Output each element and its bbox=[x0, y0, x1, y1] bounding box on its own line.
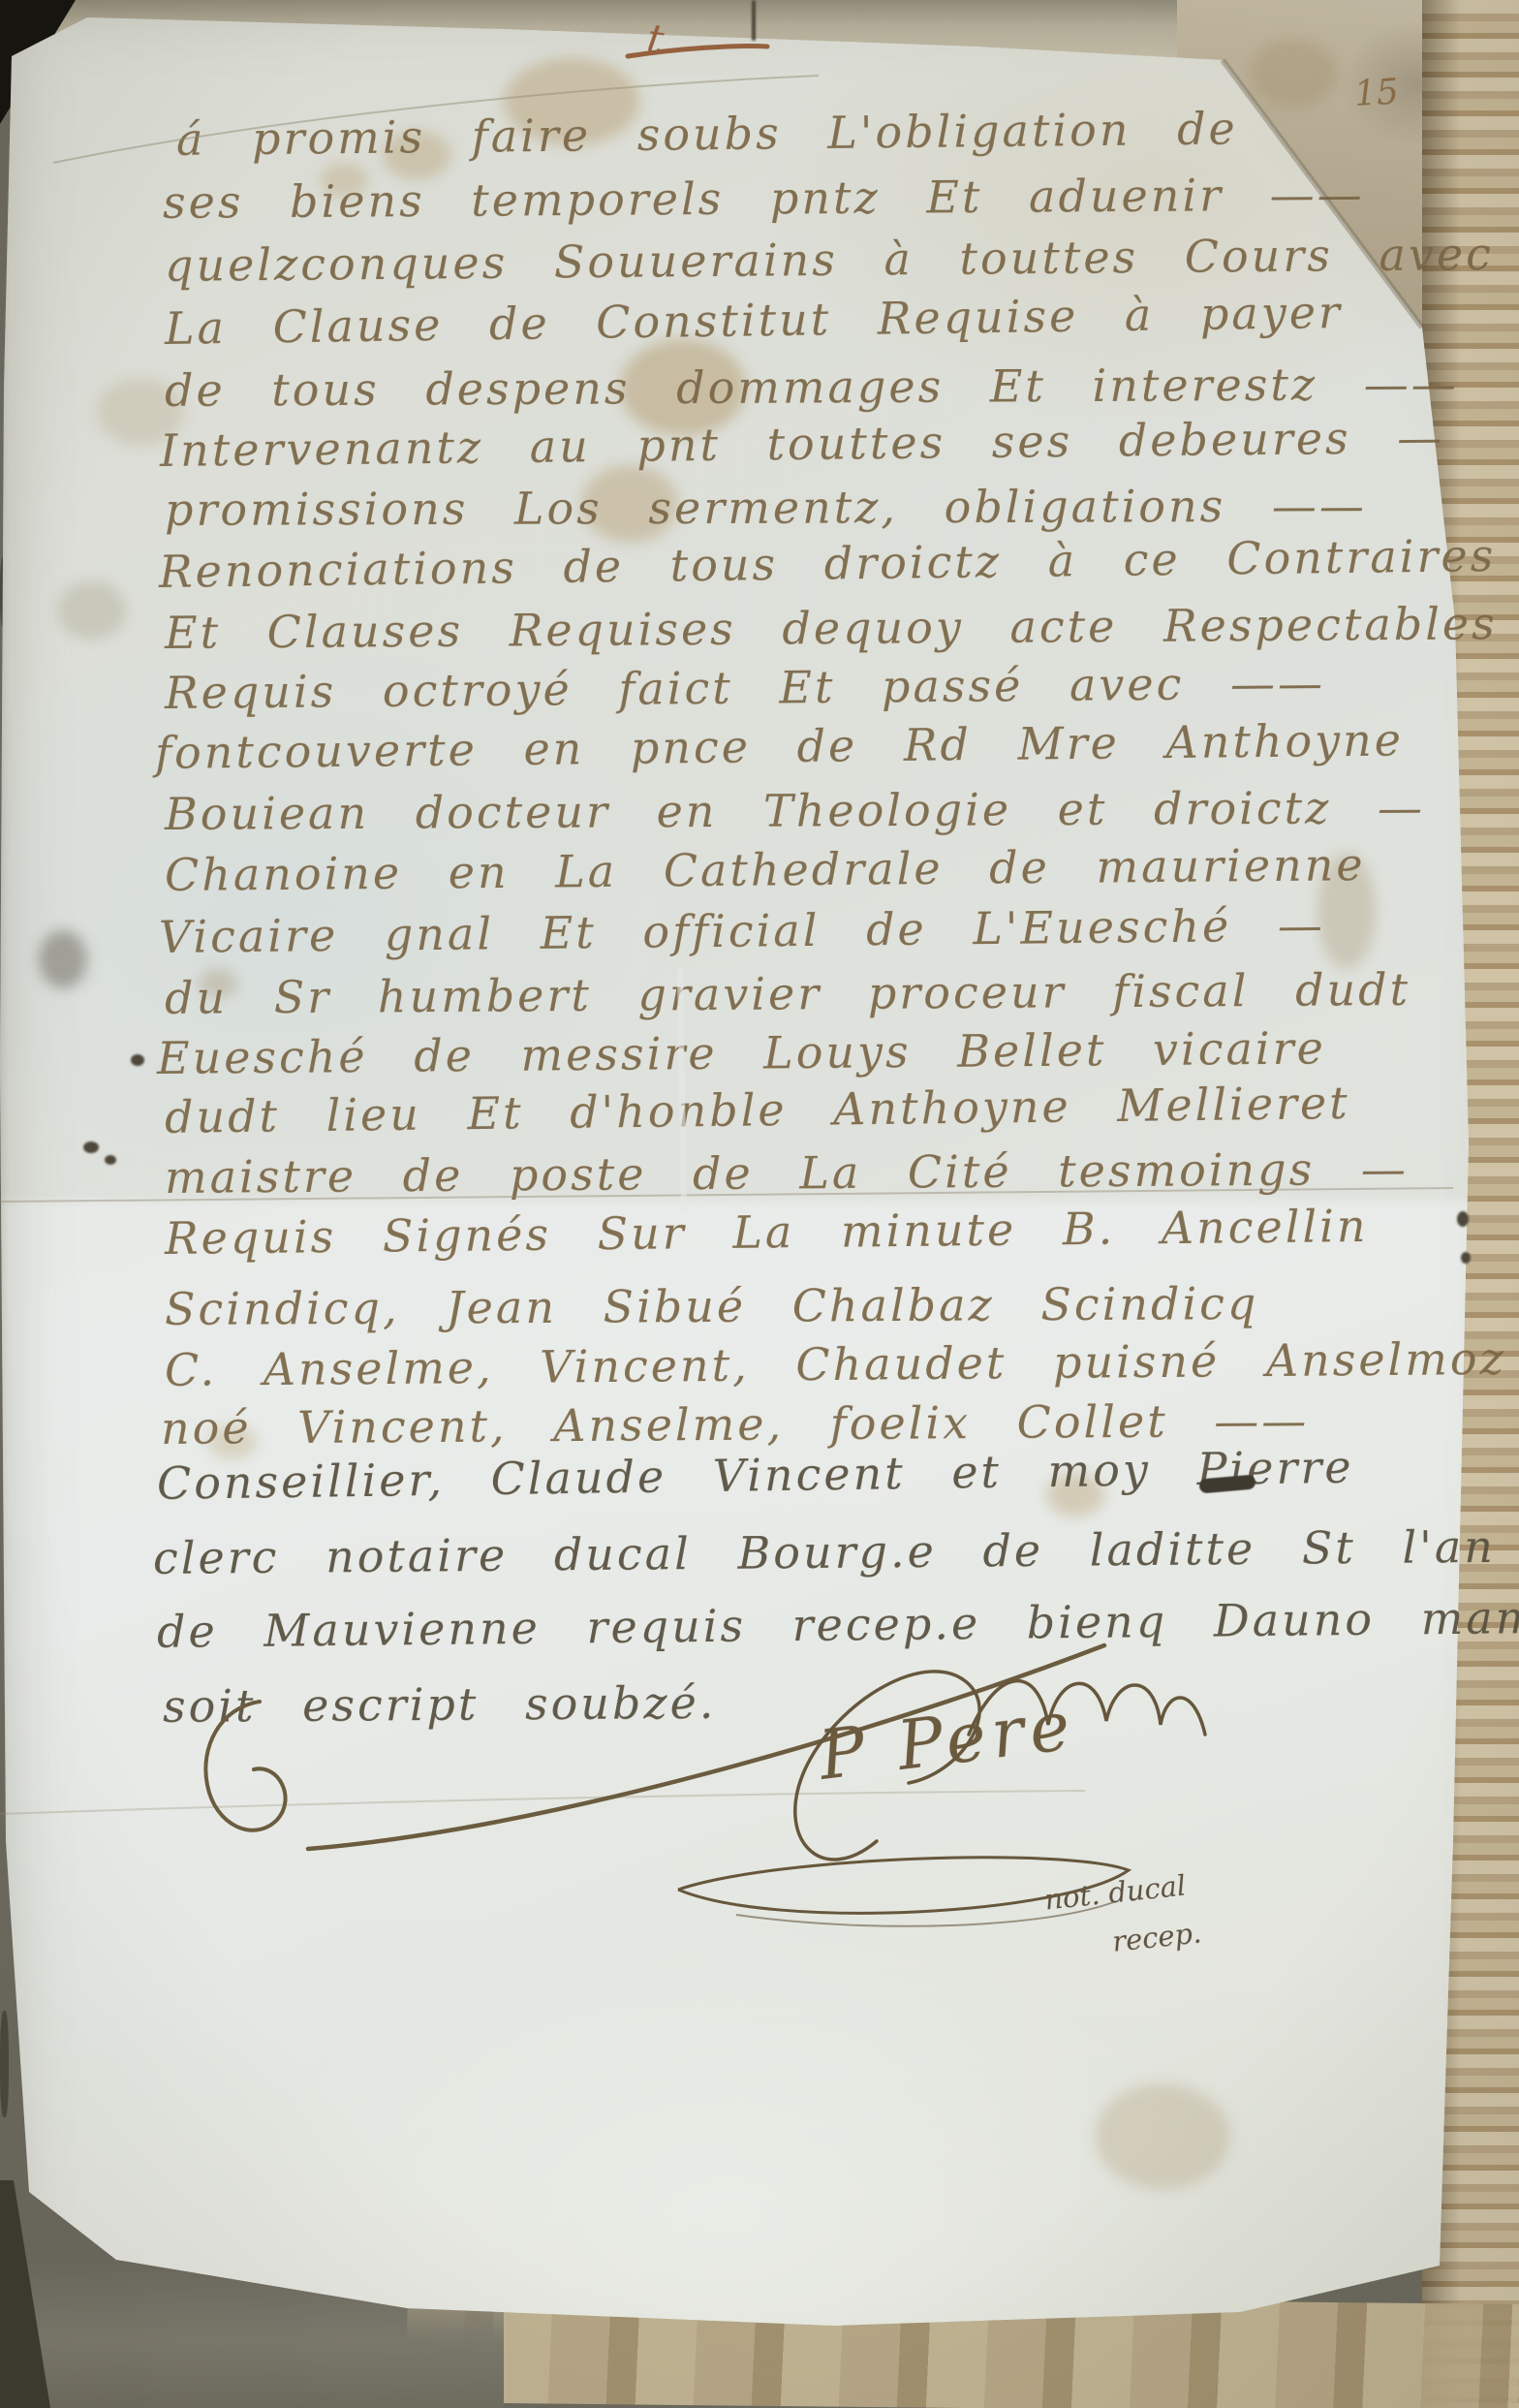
manuscript-line: clerc notaire ducal Bourg.e de laditte S… bbox=[153, 1521, 1490, 1583]
stain bbox=[1250, 39, 1337, 107]
manuscript-line: Euesché de messire Louys Bellet vicaire bbox=[157, 1021, 1494, 1083]
folio-number: 15 bbox=[1353, 72, 1401, 114]
manuscript-line: Requis octroyé faict Et passé avec —— bbox=[165, 656, 1502, 718]
ink-speck bbox=[83, 1141, 99, 1153]
manuscript-line: C. Anselme, Vincent, Chaudet puisné Anse… bbox=[165, 1333, 1502, 1395]
ink-speck bbox=[105, 1155, 116, 1165]
manuscript-line: du Sr humbert gravier proceur fiscal dud… bbox=[165, 963, 1502, 1023]
manuscript-line: Bouiean docteur en Theologie et droictz … bbox=[165, 782, 1502, 839]
manuscript-line: maistre de poste de La Cité tesmoings — bbox=[165, 1142, 1502, 1203]
manuscript-line: de tous despens dommages Et interestz —— bbox=[165, 359, 1502, 416]
margin-smudge bbox=[39, 930, 87, 988]
ink-speck bbox=[131, 1054, 144, 1066]
stain bbox=[58, 581, 126, 640]
manuscript-line: promissions Los sermentz, obligations —— bbox=[165, 480, 1502, 535]
left-edge-notch bbox=[0, 2011, 9, 2117]
manuscript-line: Et Clauses Requises dequoy acte Respecta… bbox=[165, 598, 1502, 658]
manuscript-line: ses biens temporels pntz Et aduenir —— bbox=[163, 168, 1500, 228]
ink-speck bbox=[752, 0, 756, 41]
manuscript-photo-root: á promis faire soubs L'obligation de ses… bbox=[0, 0, 1519, 2408]
manuscript-line: Chanoine en La Cathedrale de maurienne bbox=[165, 838, 1502, 900]
manuscript-line: quelzconques Souuerains à touttes Cours … bbox=[165, 229, 1502, 291]
ink-speck bbox=[1461, 1252, 1471, 1264]
manuscript-line: Scindicq, Jean Sibué Chalbaz Scindicq bbox=[165, 1277, 1502, 1334]
stain bbox=[1095, 2083, 1230, 2190]
